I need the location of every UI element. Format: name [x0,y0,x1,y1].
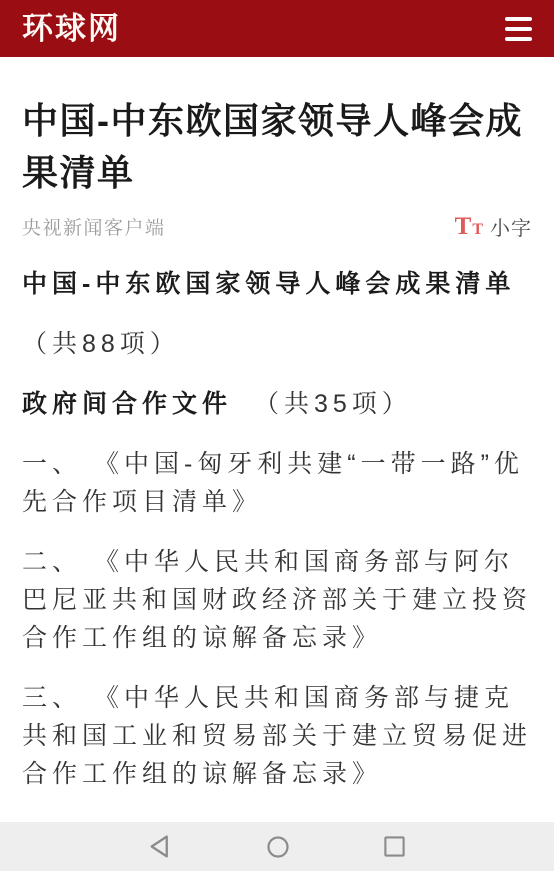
font-size-control[interactable]: T T 小字 [455,212,532,241]
app-logo[interactable]: 环球网 [22,13,121,44]
hamburger-icon [505,17,532,41]
recents-icon [383,835,406,858]
screen: 环球网 中国-中东欧国家领导人峰会成果清单 央视新闻客户端 T T 小字 中国-… [0,0,554,871]
menu-button[interactable] [505,17,532,41]
home-icon [266,835,290,859]
section-heading-label: 政府间合作文件 [22,390,232,418]
total-count: （共88项） [22,325,532,363]
article: 中国-中东欧国家领导人峰会成果清单 央视新闻客户端 T T 小字 中国-中东欧国… [0,95,554,793]
android-nav-bar [0,822,554,871]
list-item: 二、 《中华人民共和国商务部与阿尔巴尼亚共和国财政经济部关于建立投资合作工作组的… [22,543,532,657]
list-item: 三、 《中华人民共和国商务部与捷克共和国工业和贸易部关于建立贸易促进合作工作组的… [22,679,532,793]
recents-button[interactable] [383,835,406,858]
back-button[interactable] [148,834,173,859]
section-count: （共35项） [254,390,412,418]
back-icon [148,834,173,859]
app-header: 环球网 [0,0,554,57]
article-subtitle: 中国-中东欧国家领导人峰会成果清单 [22,265,532,303]
article-source: 央视新闻客户端 [22,213,166,240]
home-button[interactable] [266,835,290,859]
font-size-icon: T T [455,214,483,239]
section-heading: 政府间合作文件 （共35项） [22,385,532,423]
article-title: 中国-中东欧国家领导人峰会成果清单 [22,95,532,199]
font-size-label: 小字 [490,212,532,241]
article-meta: 央视新闻客户端 T T 小字 [22,211,532,241]
list-item: 一、 《中国-匈牙利共建“一带一路”优先合作项目清单》 [22,445,532,521]
